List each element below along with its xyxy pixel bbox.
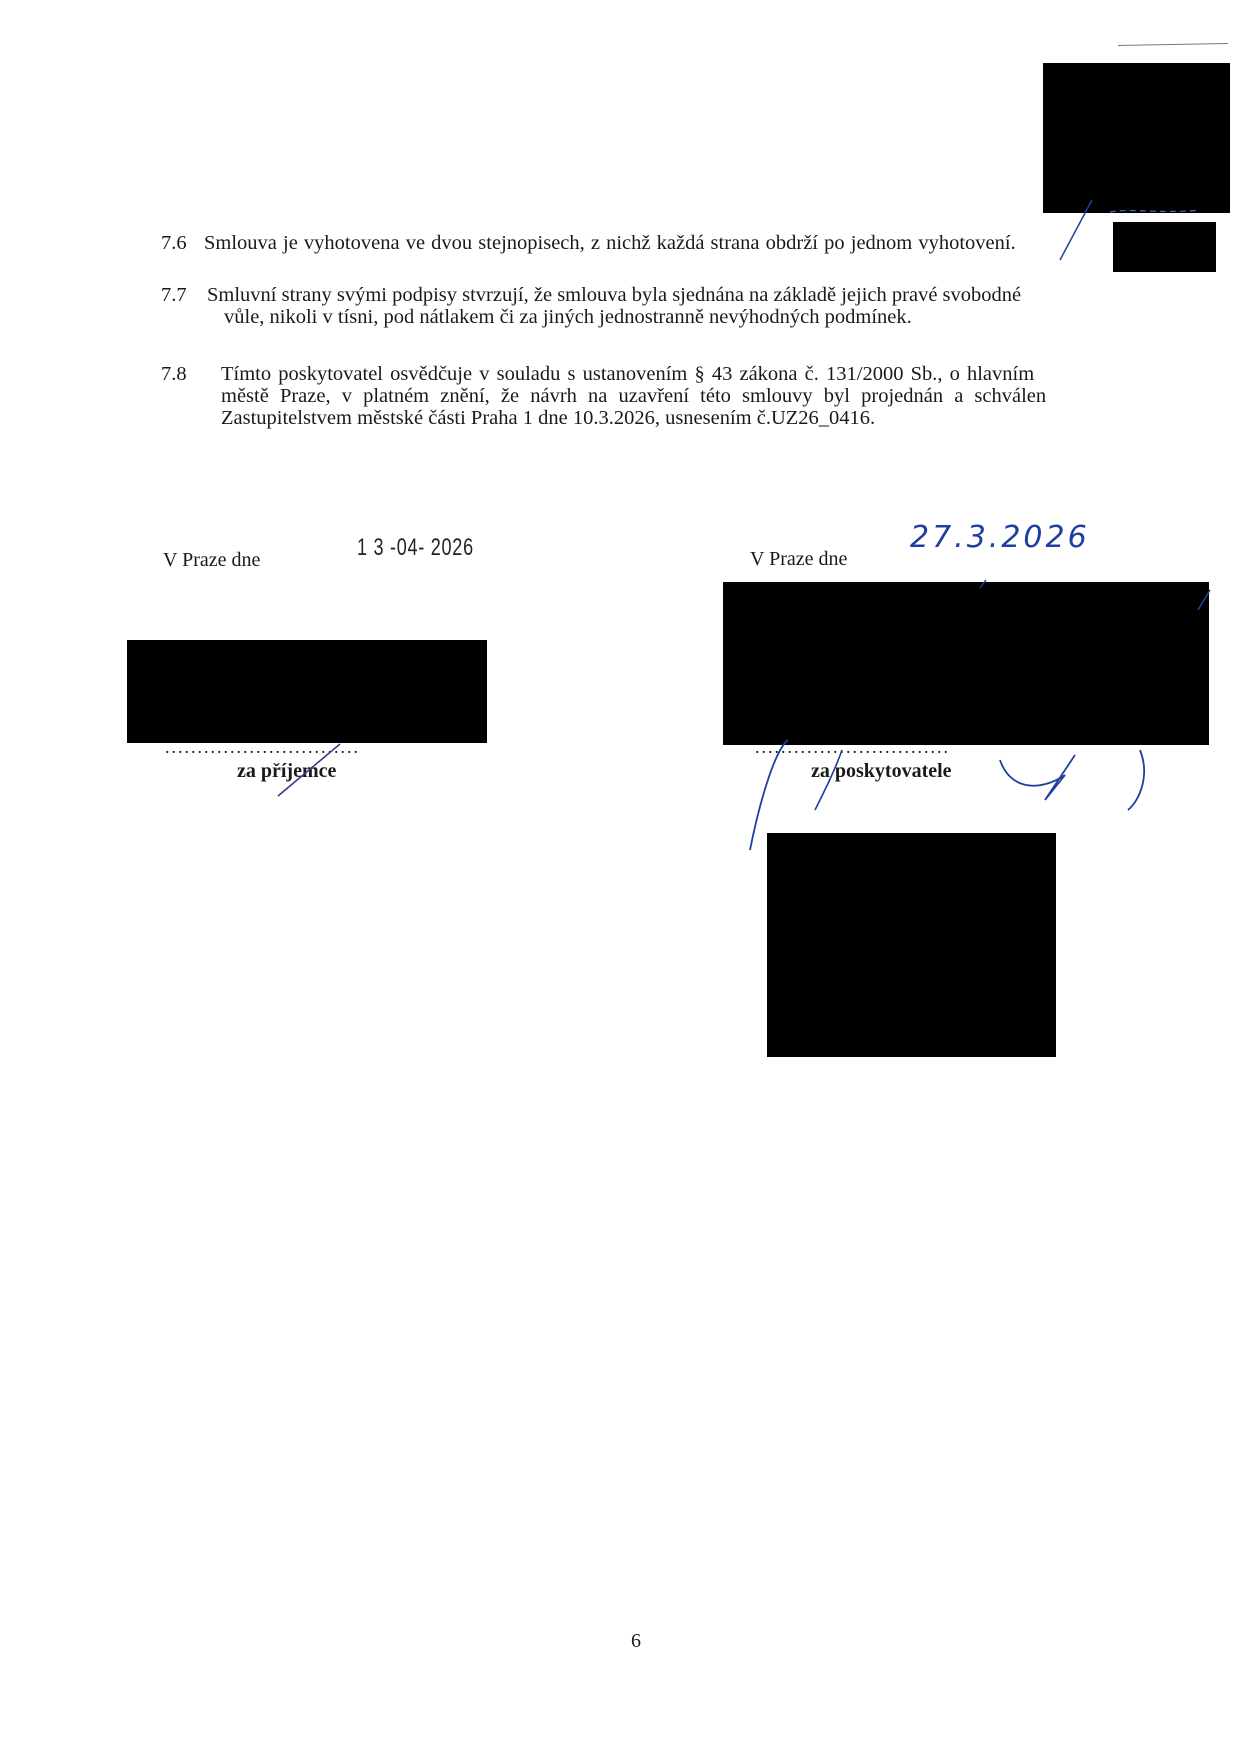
signature-stroke-top-right (1040, 200, 1240, 260)
clause-line: městě Praze, v platném znění, že návrh n… (221, 385, 1046, 408)
clause-number: 7.6 (161, 232, 187, 255)
date-handwritten-right: 27.3.2026 (910, 520, 1090, 555)
page-number: 6 (631, 1630, 641, 1653)
redaction-stamp-bottom (767, 833, 1056, 1057)
clause-line: Smluvní strany svými podpisy stvrzují, ž… (207, 284, 1021, 307)
clause-number: 7.8 (161, 363, 187, 386)
handwritten-signature-right (740, 560, 1240, 860)
clause-text: Smlouva je vyhotovena ve dvou stejnopise… (204, 232, 1016, 255)
clause-number: 7.7 (161, 284, 187, 307)
redaction-top-right (1043, 63, 1230, 213)
redaction-signature-left (127, 640, 487, 743)
clause-line: vůle, nikoli v tísni, pod nátlakem či za… (224, 306, 912, 329)
clause-line: Zastupitelstvem městské části Praha 1 dn… (221, 407, 875, 430)
signature-stroke-left (270, 740, 350, 800)
date-stamp-left: 1 3 -04- 2026 (357, 534, 474, 562)
scan-line (1118, 43, 1228, 46)
clause-line: Tímto poskytovatel osvědčuje v souladu s… (221, 363, 1101, 386)
place-date-label-left: V Praze dne (163, 549, 260, 572)
